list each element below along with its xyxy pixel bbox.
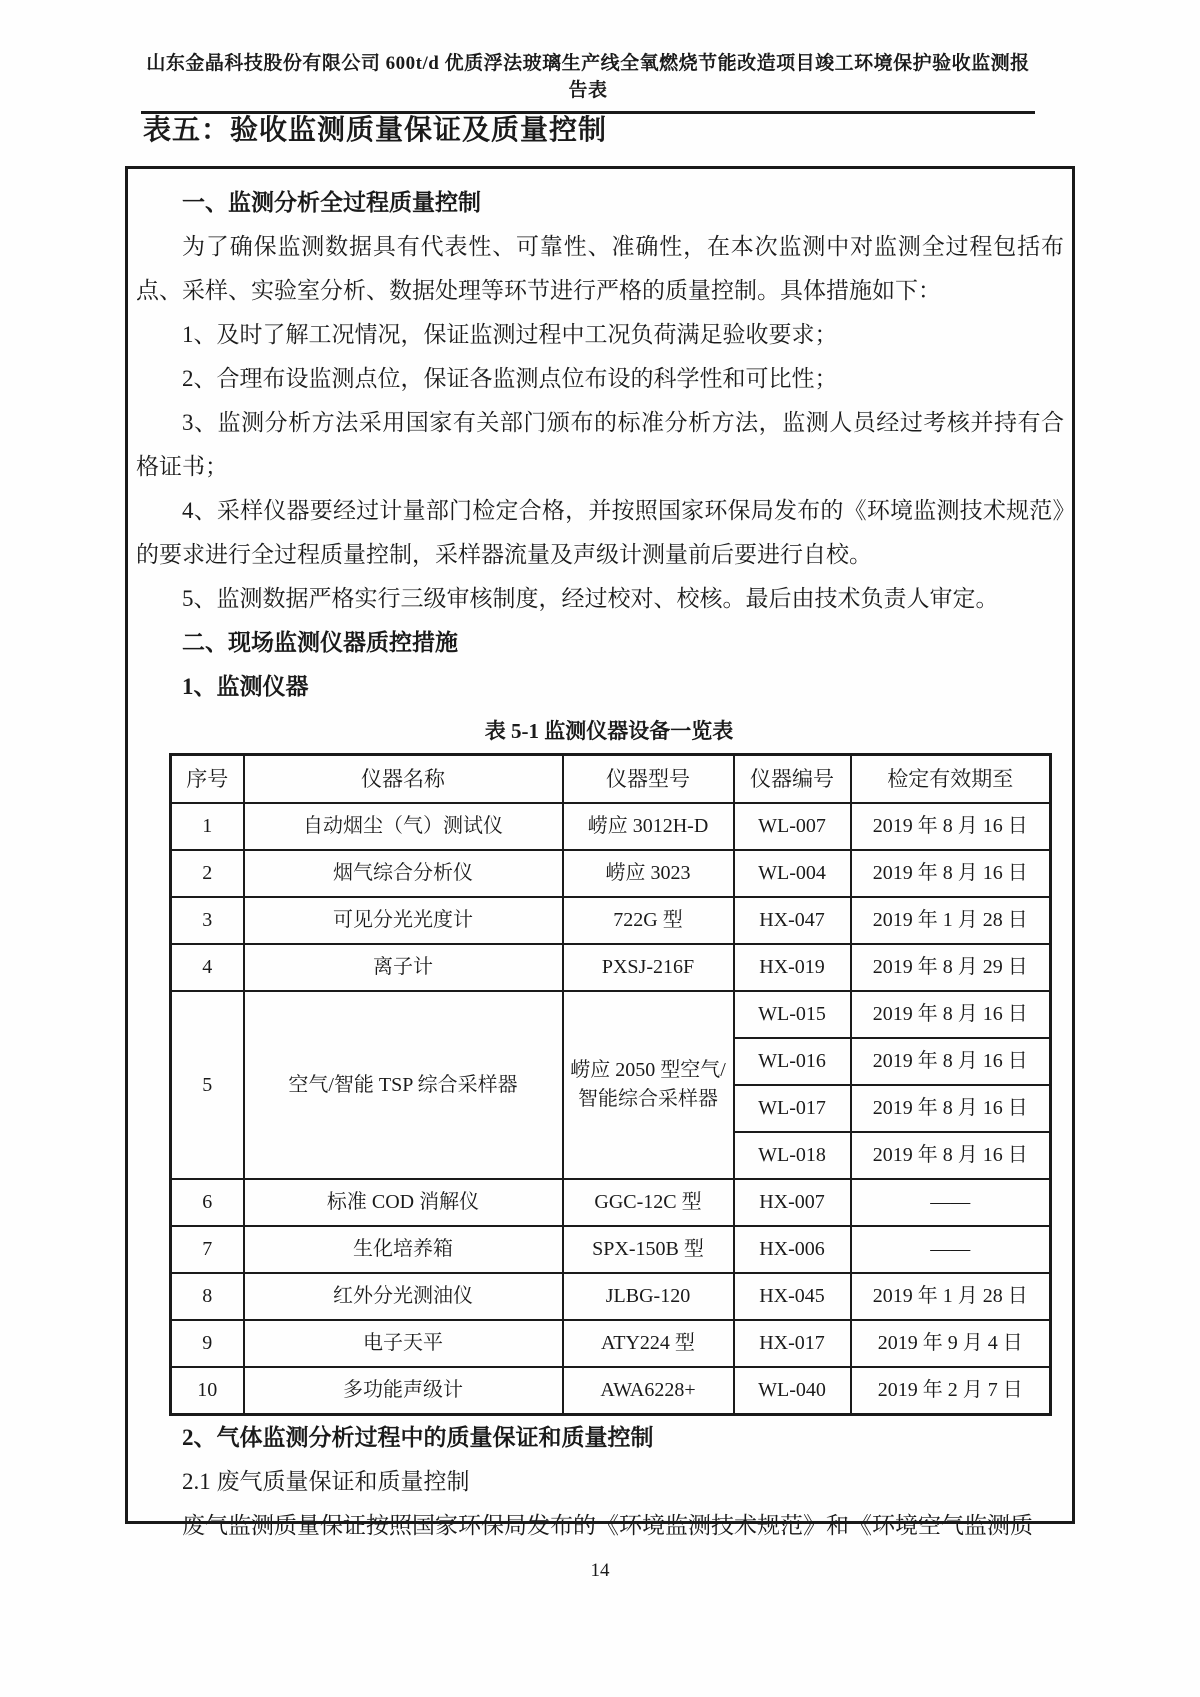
cell-no: 1 xyxy=(171,803,244,850)
cell-instrument-name: 离子计 xyxy=(244,944,563,991)
content-box: 一、监测分析全过程质量控制 为了确保监测数据具有代表性、可靠性、准确性，在本次监… xyxy=(125,166,1075,1524)
cell-instrument-name: 空气/智能 TSP 综合采样器 xyxy=(244,991,563,1179)
table-header-row: 序号 仪器名称 仪器型号 仪器编号 检定有效期至 xyxy=(171,755,1051,804)
cell-valid-until: 2019 年 8 月 16 日 xyxy=(851,1132,1051,1179)
cell-instrument-name: 标准 COD 消解仪 xyxy=(244,1179,563,1226)
cell-no: 9 xyxy=(171,1320,244,1367)
cell-valid-until: 2019 年 1 月 28 日 xyxy=(851,897,1051,944)
cell-no: 10 xyxy=(171,1367,244,1415)
cell-instrument-name: 红外分光测油仪 xyxy=(244,1273,563,1320)
table-row: 1 自动烟尘（气）测试仪 崂应 3012H-D WL-007 2019 年 8 … xyxy=(171,803,1051,850)
table-row: 8 红外分光测油仪 JLBG-120 HX-045 2019 年 1 月 28 … xyxy=(171,1273,1051,1320)
table-row: 3 可见分光光度计 722G 型 HX-047 2019 年 1 月 28 日 xyxy=(171,897,1051,944)
cell-code: HX-006 xyxy=(734,1226,851,1273)
cell-instrument-name: 烟气综合分析仪 xyxy=(244,850,563,897)
header-cell-name: 仪器名称 xyxy=(244,755,563,804)
cell-code: HX-047 xyxy=(734,897,851,944)
cell-valid-until: 2019 年 8 月 29 日 xyxy=(851,944,1051,991)
list-item-2: 2、合理布设监测点位，保证各监测点位布设的科学性和可比性； xyxy=(136,357,1064,401)
header-cell-valid: 检定有效期至 xyxy=(851,755,1051,804)
cell-valid-until: 2019 年 8 月 16 日 xyxy=(851,850,1051,897)
cell-no: 6 xyxy=(171,1179,244,1226)
cell-code: WL-007 xyxy=(734,803,851,850)
list-item-1: 1、及时了解工况情况，保证监测过程中工况负荷满足验收要求； xyxy=(136,313,1064,357)
list-item-5: 5、监测数据严格实行三级审核制度，经过校对、校核。最后由技术负责人审定。 xyxy=(136,577,1064,621)
cell-model: SPX-150B 型 xyxy=(563,1226,734,1273)
cell-model: 崂应 3023 xyxy=(563,850,734,897)
cell-valid-until: —— xyxy=(851,1226,1051,1273)
cell-instrument-name: 生化培养箱 xyxy=(244,1226,563,1273)
cell-code: HX-007 xyxy=(734,1179,851,1226)
cell-instrument-name: 多功能声级计 xyxy=(244,1367,563,1415)
cell-instrument-name: 自动烟尘（气）测试仪 xyxy=(244,803,563,850)
list-item-4: 4、采样仪器要经过计量部门检定合格，并按照国家环保局发布的《环境监测技术规范》的… xyxy=(136,489,1064,577)
table-caption: 表 5-1 监测仪器设备一览表 xyxy=(169,709,1049,753)
paragraph-intro: 为了确保监测数据具有代表性、可靠性、准确性，在本次监测中对监测全过程包括布点、采… xyxy=(136,225,1064,313)
cell-code: WL-016 xyxy=(734,1038,851,1085)
cell-model: AWA6228+ xyxy=(563,1367,734,1415)
document-page: 山东金晶科技股份有限公司 600t/d 优质浮法玻璃生产线全氧燃烧节能改造项目竣… xyxy=(0,0,1200,1697)
cell-code: HX-017 xyxy=(734,1320,851,1367)
table-row: 4 离子计 PXSJ-216F HX-019 2019 年 8 月 29 日 xyxy=(171,944,1051,991)
header-cell-model: 仪器型号 xyxy=(563,755,734,804)
cell-code: HX-045 xyxy=(734,1273,851,1320)
instrument-table: 序号 仪器名称 仪器型号 仪器编号 检定有效期至 1 自动烟尘（气）测试仪 崂应… xyxy=(169,753,1052,1416)
cell-no: 7 xyxy=(171,1226,244,1273)
cell-no: 8 xyxy=(171,1273,244,1320)
paragraph-exhaust-gas: 废气监测质量保证按照国家环保局发布的《环境监测技术规范》和《环境空气监测质 xyxy=(136,1504,1064,1548)
cell-valid-until: 2019 年 8 月 16 日 xyxy=(851,991,1051,1038)
cell-instrument-name: 电子天平 xyxy=(244,1320,563,1367)
cell-valid-until: 2019 年 9 月 4 日 xyxy=(851,1320,1051,1367)
heading-exhaust-gas-qa-qc: 2.1 废气质量保证和质量控制 xyxy=(136,1460,1064,1504)
cell-model: GGC-12C 型 xyxy=(563,1179,734,1226)
list-item-3: 3、监测分析方法采用国家有关部门颁布的标准分析方法，监测人员经过考核并持有合格证… xyxy=(136,401,1064,489)
cell-valid-until: 2019 年 8 月 16 日 xyxy=(851,1038,1051,1085)
page-number: 14 xyxy=(0,1560,1200,1582)
running-head: 山东金晶科技股份有限公司 600t/d 优质浮法玻璃生产线全氧燃烧节能改造项目竣… xyxy=(141,48,1035,114)
table-row: 7 生化培养箱 SPX-150B 型 HX-006 —— xyxy=(171,1226,1051,1273)
cell-model: JLBG-120 xyxy=(563,1273,734,1320)
cell-no: 4 xyxy=(171,944,244,991)
cell-model: 崂应 2050 型空气/智能综合采样器 xyxy=(563,991,734,1179)
table-row: 10 多功能声级计 AWA6228+ WL-040 2019 年 2 月 7 日 xyxy=(171,1367,1051,1415)
table-row: 9 电子天平 ATY224 型 HX-017 2019 年 9 月 4 日 xyxy=(171,1320,1051,1367)
cell-valid-until: 2019 年 1 月 28 日 xyxy=(851,1273,1051,1320)
cell-code: HX-019 xyxy=(734,944,851,991)
cell-valid-until: 2019 年 2 月 7 日 xyxy=(851,1367,1051,1415)
cell-code: WL-040 xyxy=(734,1367,851,1415)
cell-code: WL-015 xyxy=(734,991,851,1038)
cell-valid-until: 2019 年 8 月 16 日 xyxy=(851,803,1051,850)
cell-instrument-name: 可见分光光度计 xyxy=(244,897,563,944)
cell-code: WL-017 xyxy=(734,1085,851,1132)
cell-model: ATY224 型 xyxy=(563,1320,734,1367)
table-row: 6 标准 COD 消解仪 GGC-12C 型 HX-007 —— xyxy=(171,1179,1051,1226)
cell-model: 722G 型 xyxy=(563,897,734,944)
cell-model: PXSJ-216F xyxy=(563,944,734,991)
cell-valid-until: —— xyxy=(851,1179,1051,1226)
table-row: 5 空气/智能 TSP 综合采样器 崂应 2050 型空气/智能综合采样器 WL… xyxy=(171,991,1051,1038)
heading-monitoring-instruments: 1、监测仪器 xyxy=(136,665,1064,709)
heading-onsite-qc-measures: 二、现场监测仪器质控措施 xyxy=(136,621,1064,665)
table-row: 2 烟气综合分析仪 崂应 3023 WL-004 2019 年 8 月 16 日 xyxy=(171,850,1051,897)
header-cell-no: 序号 xyxy=(171,755,244,804)
heading-gas-monitoring-qa-qc: 2、气体监测分析过程中的质量保证和质量控制 xyxy=(136,1416,1064,1460)
cell-code: WL-004 xyxy=(734,850,851,897)
cell-valid-until: 2019 年 8 月 16 日 xyxy=(851,1085,1051,1132)
cell-no: 3 xyxy=(171,897,244,944)
cell-code: WL-018 xyxy=(734,1132,851,1179)
cell-model: 崂应 3012H-D xyxy=(563,803,734,850)
cell-no: 2 xyxy=(171,850,244,897)
section-title: 表五：验收监测质量保证及质量控制 xyxy=(143,108,607,148)
heading-process-quality-control: 一、监测分析全过程质量控制 xyxy=(136,181,1064,225)
header-cell-code: 仪器编号 xyxy=(734,755,851,804)
cell-no: 5 xyxy=(171,991,244,1179)
